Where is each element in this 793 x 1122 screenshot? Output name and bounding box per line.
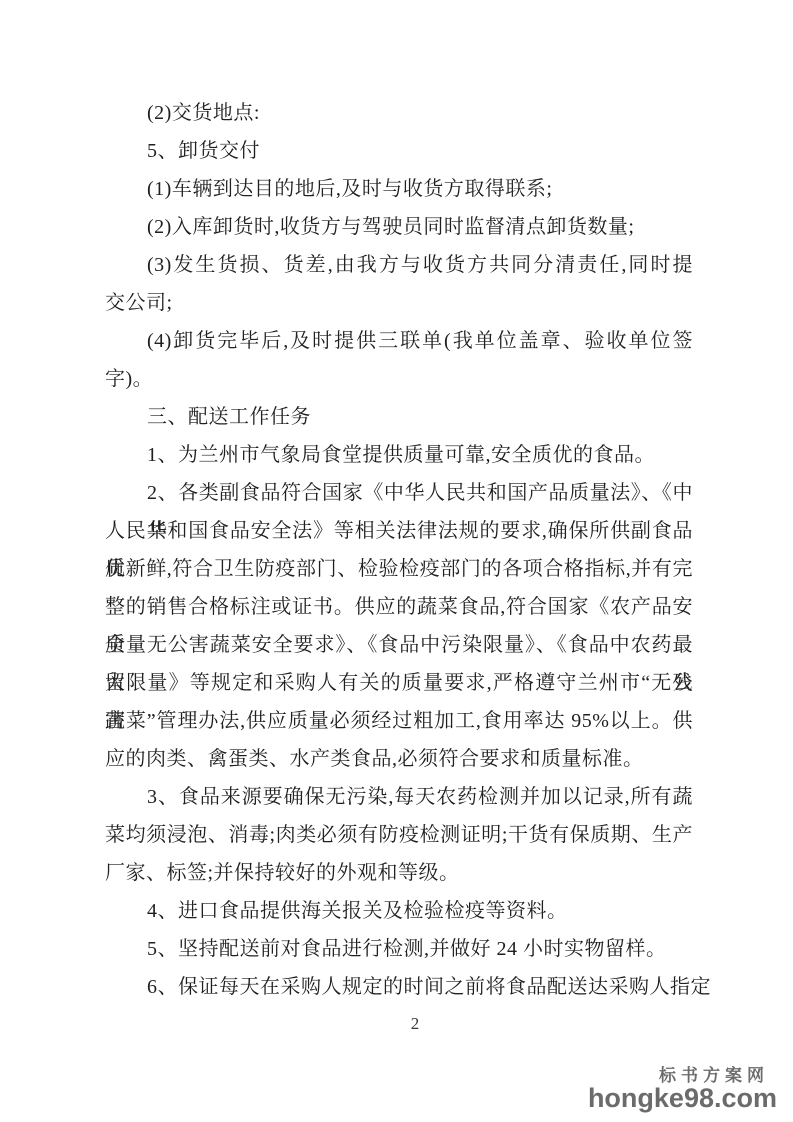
- paragraph: (1)车辆到达目的地后,及时与收货方取得联系;: [105, 170, 693, 208]
- text-line: (3)发生货损、货差,由我方与收货方共同分清责任,同时提: [105, 246, 693, 284]
- paragraph: (2)交货地点:: [105, 94, 693, 132]
- text-line: 2、各类副食品符合国家《中华人民共和国产品质量法》、《中华: [105, 474, 693, 512]
- text-line: 3、食品来源要确保无污染,每天农药检测并加以记录,所有蔬: [105, 778, 693, 816]
- text-line: 厂家、标签;并保持较好的外观和等级。: [105, 854, 693, 892]
- watermark: 标书方案网 hongke98.com: [588, 1067, 777, 1112]
- text-line: (4)卸货完毕后,及时提供三联单(我单位盖章、验收单位签: [105, 322, 693, 360]
- text-line: (2)交货地点:: [105, 94, 693, 132]
- document-page: (2)交货地点:5、卸货交付(1)车辆到达目的地后,及时与收货方取得联系;(2)…: [0, 0, 793, 1122]
- text-line: 菜均须浸泡、消毒;肉类必须有防疫检测证明;干货有保质期、生产: [105, 816, 693, 854]
- text-line: (2)入库卸货时,收货方与驾驶员同时监督清点卸货数量;: [105, 208, 693, 246]
- paragraph: 4、进口食品提供海关报关及检验检疫等资料。: [105, 892, 693, 930]
- document-body: (2)交货地点:5、卸货交付(1)车辆到达目的地后,及时与收货方取得联系;(2)…: [105, 94, 693, 1006]
- paragraph: 1、为兰州市气象局食堂提供质量可靠,安全质优的食品。: [105, 436, 693, 474]
- text-line: 整的销售合格标注或证书。供应的蔬菜食品,符合国家《农产品安全: [105, 588, 693, 626]
- paragraph: 3、食品来源要确保无污染,每天农药检测并加以记录,所有蔬菜均须浸泡、消毒;肉类必…: [105, 778, 693, 892]
- text-line: 交公司;: [105, 284, 693, 322]
- text-line: 留限量》等规定和采购人有关的质量要求,严格遵守兰州市“无公害: [105, 664, 693, 702]
- text-line: 人民共和国食品安全法》等相关法律法规的要求,确保所供副食品优: [105, 512, 693, 550]
- page-number: 2: [105, 1012, 725, 1036]
- paragraph: 6、保证每天在采购人规定的时间之前将食品配送达采购人指定: [105, 968, 693, 1006]
- paragraph: (4)卸货完毕后,及时提供三联单(我单位盖章、验收单位签字)。: [105, 322, 693, 398]
- text-line: 1、为兰州市气象局食堂提供质量可靠,安全质优的食品。: [105, 436, 693, 474]
- text-line: 三、配送工作任务: [105, 398, 693, 436]
- text-line: 质新鲜,符合卫生防疫部门、检验检疫部门的各项合格指标,并有完: [105, 550, 693, 588]
- text-line: 4、进口食品提供海关报关及检验检疫等资料。: [105, 892, 693, 930]
- text-line: 质量无公害蔬菜安全要求》、《食品中污染限量》、《食品中农药最大残: [105, 626, 693, 664]
- text-line: 应的肉类、禽蛋类、水产类食品,必须符合要求和质量标准。: [105, 740, 693, 778]
- text-line: 5、卸货交付: [105, 132, 693, 170]
- text-line: 蔬菜”管理办法,供应质量必须经过粗加工,食用率达 95%以上。供: [105, 702, 693, 740]
- paragraph: 三、配送工作任务: [105, 398, 693, 436]
- text-line: 5、坚持配送前对食品进行检测,并做好 24 小时实物留样。: [105, 930, 693, 968]
- paragraph: (2)入库卸货时,收货方与驾驶员同时监督清点卸货数量;: [105, 208, 693, 246]
- text-line: 字)。: [105, 360, 693, 398]
- paragraph: 2、各类副食品符合国家《中华人民共和国产品质量法》、《中华人民共和国食品安全法》…: [105, 474, 693, 778]
- paragraph: 5、卸货交付: [105, 132, 693, 170]
- paragraph: 5、坚持配送前对食品进行检测,并做好 24 小时实物留样。: [105, 930, 693, 968]
- paragraph: (3)发生货损、货差,由我方与收货方共同分清责任,同时提交公司;: [105, 246, 693, 322]
- text-line: 6、保证每天在采购人规定的时间之前将食品配送达采购人指定: [105, 968, 693, 1006]
- watermark-site-url: hongke98.com: [588, 1085, 777, 1112]
- text-line: (1)车辆到达目的地后,及时与收货方取得联系;: [105, 170, 693, 208]
